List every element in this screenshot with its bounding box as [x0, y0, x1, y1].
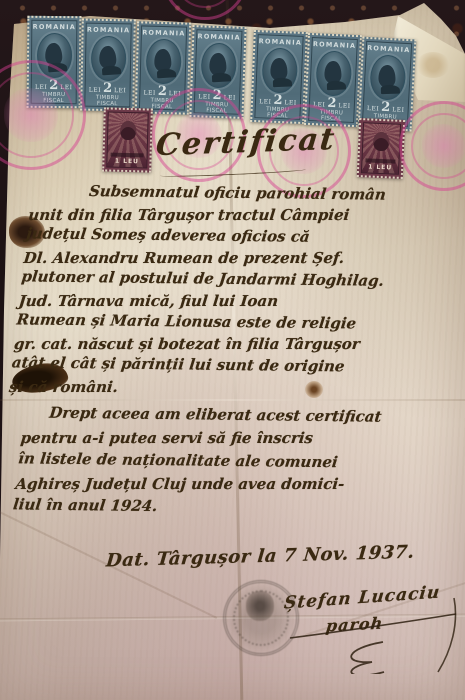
cancellation-postmark — [162, 0, 248, 20]
stamp-band — [111, 153, 144, 158]
handwriting-line: Drept aceea am eliberat acest certificat — [22, 401, 464, 429]
currency-label: LEI — [259, 98, 272, 106]
handwriting-line: gr. cat. născut și botezat în filia Târg… — [13, 333, 453, 355]
stamp-value: 1 LEU — [107, 157, 146, 165]
king-portrait-icon — [369, 54, 406, 101]
stamp-frame: ROMANIA LEI2LEI TIMBRU FISCAL — [362, 41, 412, 127]
value-number: 2 — [158, 85, 167, 98]
currency-label: LEI — [114, 87, 126, 95]
stamp-value: LEI2LEI — [363, 100, 408, 115]
portrait-silhouette — [98, 45, 117, 69]
king-portrait-icon — [145, 39, 181, 85]
stamp-frame: 1 LEU — [106, 111, 148, 168]
portrait-silhouette — [323, 61, 341, 85]
stamp-frame: 1 LEU — [361, 122, 401, 175]
body-paragraph-2: Drept aceea am eliberat acest certificat… — [12, 402, 465, 520]
aviation-fund-stamp: 1 LEU — [102, 107, 153, 172]
handwriting-line: în listele de naționalitate ale comunei — [17, 447, 459, 475]
handwriting-line: și că români. — [8, 376, 448, 398]
value-number: 2 — [273, 94, 283, 107]
handwriting-line: Rumean și Maria Lionusa este de religie — [15, 309, 455, 336]
body-paragraph-1: Subsemnatul oficiu parohial român unit d… — [8, 181, 465, 399]
handwriting-line: plutoner al postului de Jandarmi Hoghila… — [20, 266, 460, 293]
stamp-value: 1 LEU — [362, 163, 398, 172]
aviator-head-icon — [373, 132, 390, 152]
portrait-silhouette — [208, 53, 226, 77]
portrait-silhouette — [377, 65, 395, 89]
stamp-country-label: ROMANIA — [142, 29, 186, 37]
stamp-country-label: ROMANIA — [367, 45, 411, 54]
handwriting-line: liul în anul 1924. — [12, 493, 454, 521]
fiscal-stamp: ROMANIA LEI2LEI TIMBRU FISCAL — [358, 37, 417, 132]
handwriting-line: Subsemnatul oficiu parohial român — [30, 180, 465, 207]
currency-label: LEI — [143, 90, 155, 98]
stamp-country-label: ROMANIA — [32, 24, 76, 31]
fiscal-stamp: ROMANIA LEI2LEI TIMBRU FISCAL — [80, 19, 136, 112]
stamp-frame: ROMANIA LEI2LEI TIMBRU FISCAL — [84, 23, 131, 108]
king-portrait-icon — [315, 50, 352, 97]
value-number: 2 — [103, 82, 112, 95]
stamp-country-label: ROMANIA — [312, 41, 356, 50]
king-portrait-icon — [200, 42, 237, 88]
handwriting-line: pentru a-i putea servi să fie înscris — [19, 427, 461, 450]
aviation-fund-stamp: 1 LEU — [357, 118, 406, 179]
handwriting-line: Aghireș Județul Cluj unde avea domici- — [14, 473, 456, 496]
certificate-title: Certificat — [154, 123, 337, 163]
handwriting-line: Dl. Alexandru Rumean de prezent Șef. — [22, 248, 462, 270]
king-portrait-icon — [261, 47, 298, 93]
handwriting-line: județul Someș adeverea oficios că — [25, 223, 465, 250]
signature-flourish — [288, 596, 460, 674]
handwriting-line: atât el cât și părinții lui sunt de orig… — [11, 352, 451, 379]
value-number: 2 — [327, 97, 337, 110]
aviator-head-icon — [120, 121, 136, 140]
stamp-country-label: ROMANIA — [197, 33, 241, 42]
stamp-country-label: ROMANIA — [258, 38, 302, 47]
stamp-type-label: TIMBRU FISCAL — [85, 95, 129, 108]
document-photo: ROMANIA LEI2LEI TIMBRU FISCAL ROMANIA LE… — [0, 0, 465, 700]
portrait-silhouette — [153, 48, 171, 72]
king-portrait-icon — [90, 36, 126, 82]
stain-spot — [416, 52, 450, 78]
value-number: 2 — [381, 101, 391, 114]
stamp-country-label: ROMANIA — [87, 27, 131, 35]
currency-label: LEI — [89, 87, 101, 95]
portrait-silhouette — [269, 58, 287, 82]
handwriting-line: Jud. Târnava mică, fiul lui Ioan — [18, 290, 458, 312]
handwriting-line: unit din filia Târgușor tractul Câmpiei — [27, 205, 465, 227]
stamp-value: LEI2LEI — [85, 82, 129, 96]
